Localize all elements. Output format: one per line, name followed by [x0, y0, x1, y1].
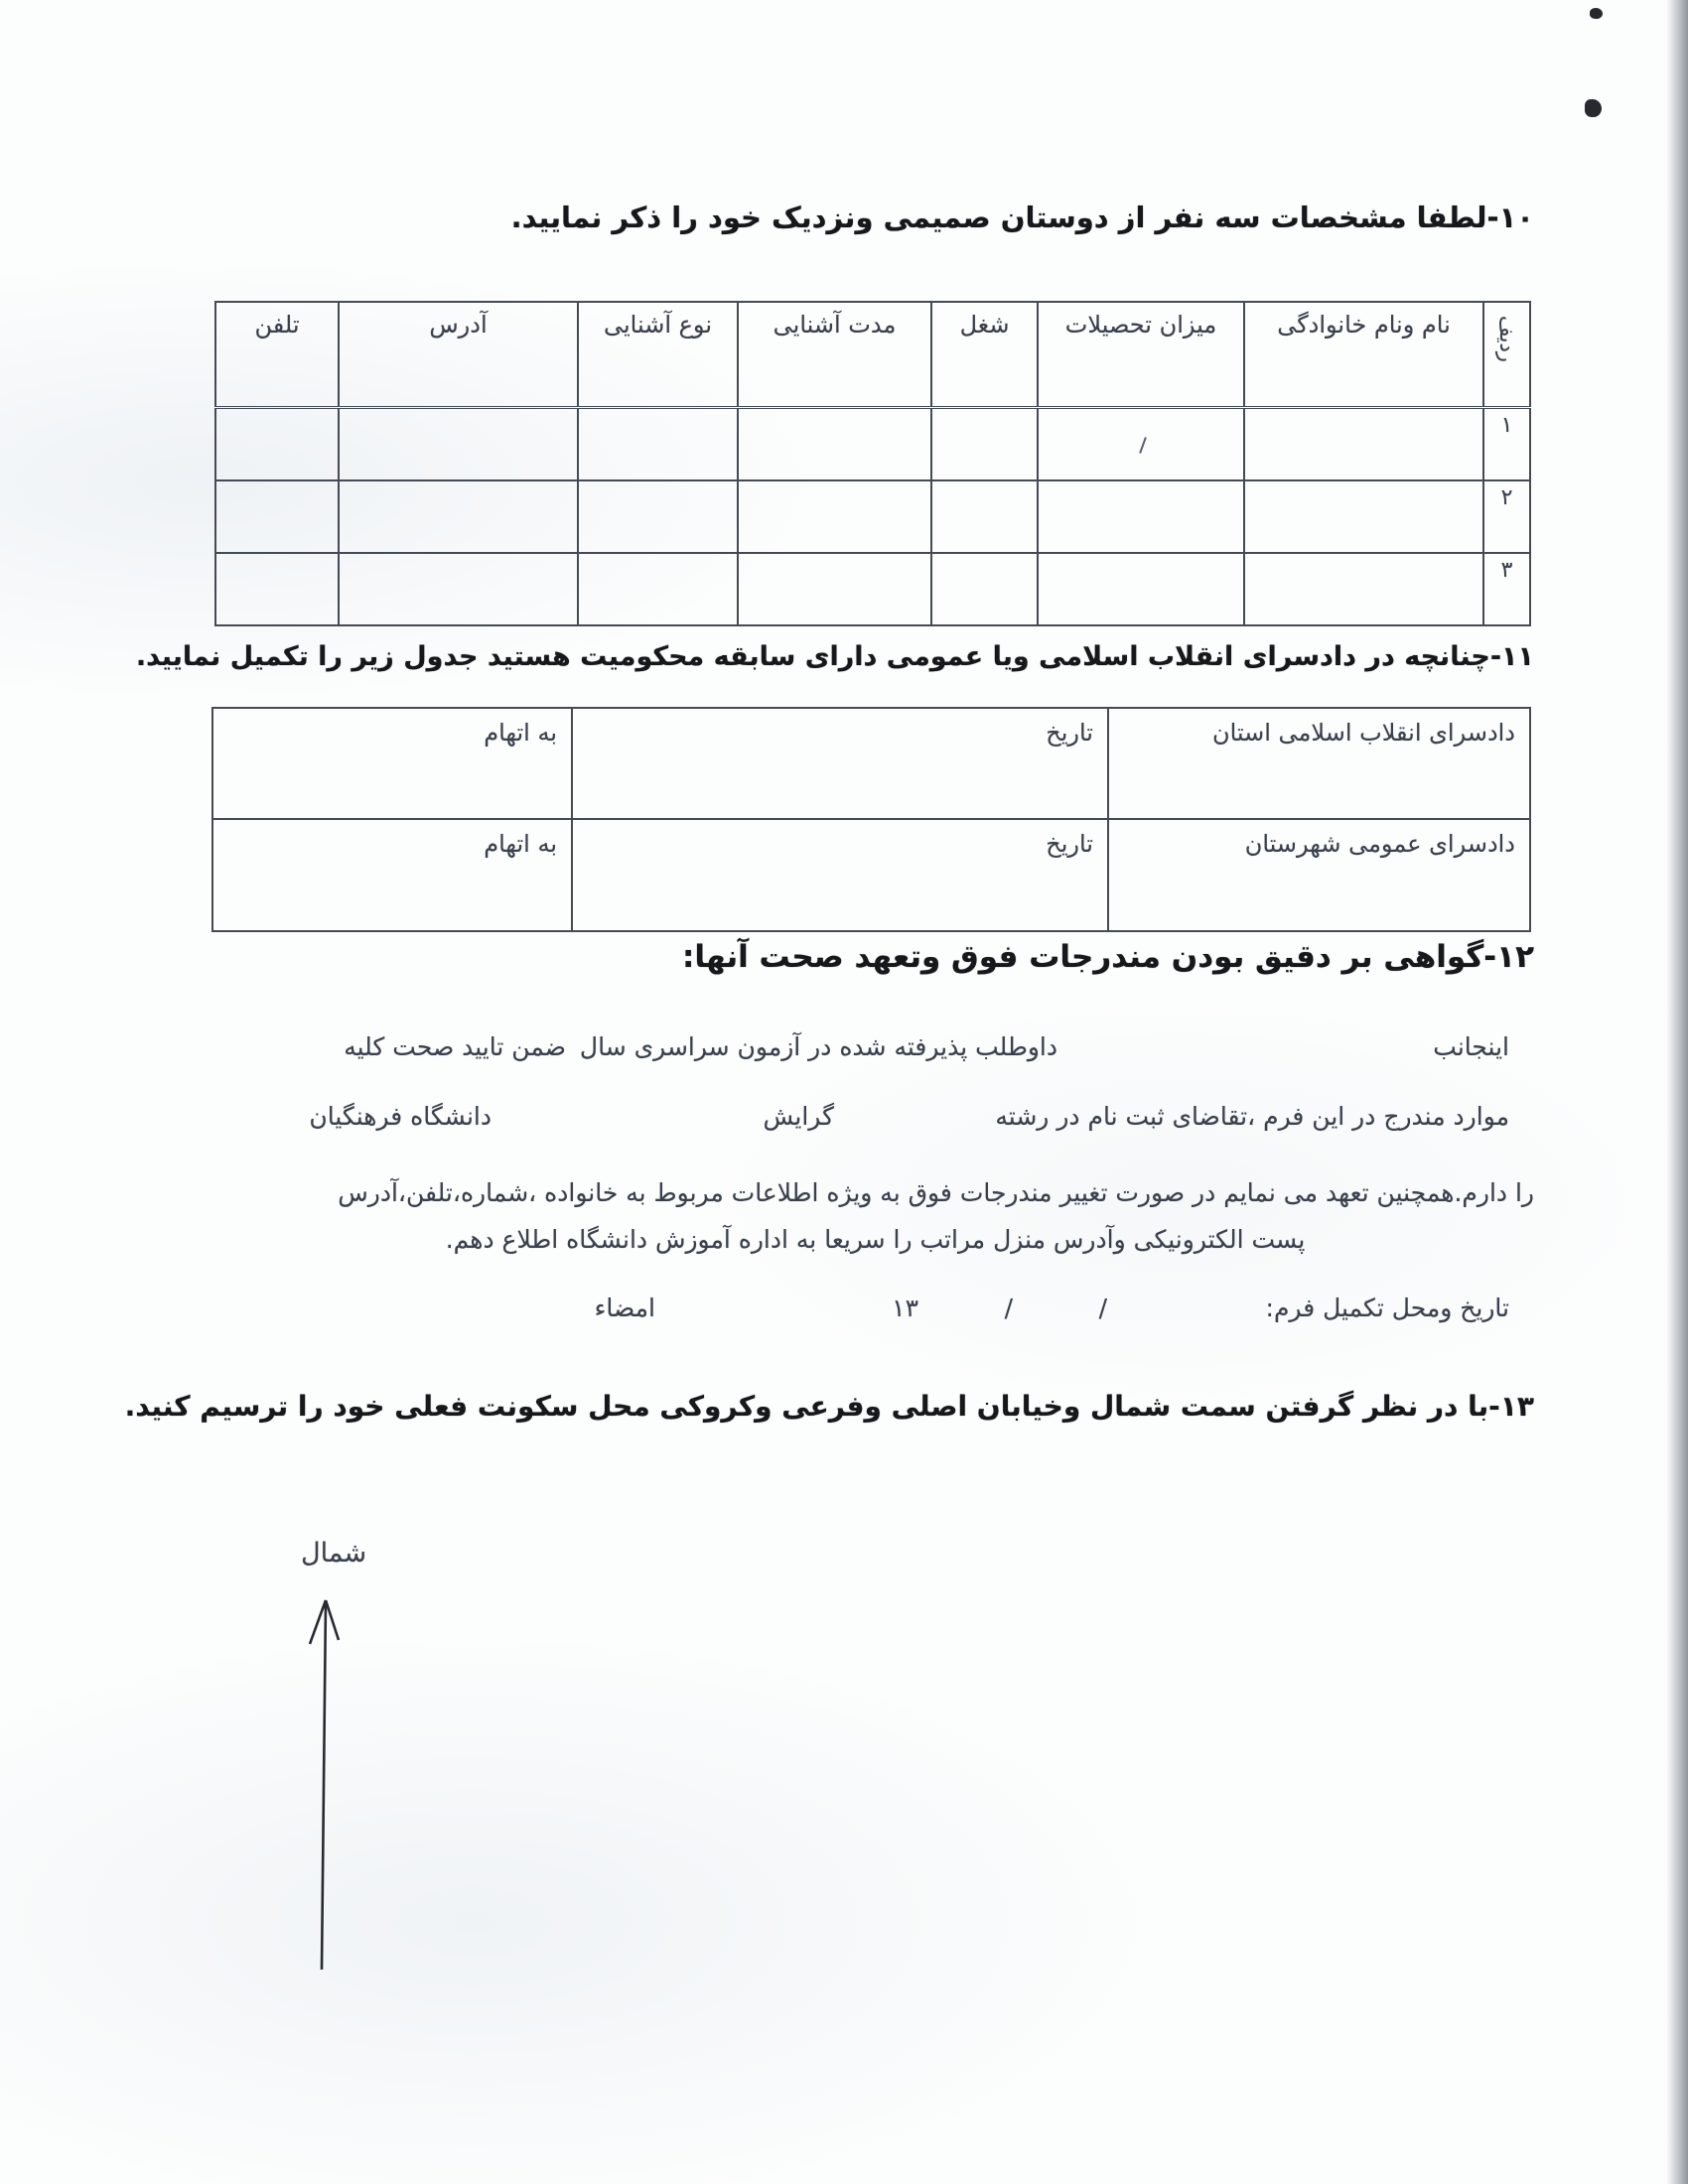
court-record-table: دادسرای انقلاب اسلامی استان تاریخ به اته…: [211, 707, 1531, 932]
col-header-full-name: نام ونام خانوادگی: [1244, 302, 1483, 408]
blank-cell: [931, 480, 1038, 553]
signature-label: امضاء: [595, 1294, 655, 1322]
friends-table-row-1: ۱: [215, 408, 1530, 481]
section11-title: ۱۱-چنانچه در دادسرای انقلاب اسلامی ویا ع…: [119, 637, 1534, 677]
row-number-cell: ۳: [1483, 553, 1530, 625]
commitment-paragraph-line-2: پست الکترونیکی وآدرس منزل مراتب را سریعا…: [216, 1216, 1534, 1263]
blank-cell: [215, 408, 339, 481]
date-and-signature-line: تاریخ ومحل تکمیل فرم: / / ۱۳ امضاء: [216, 1294, 1534, 1335]
blank-cell: [1244, 408, 1483, 481]
scanner-edge-strip: [1666, 0, 1688, 2184]
north-label: شمال: [301, 1538, 366, 1569]
date-cell: تاریخ: [572, 708, 1108, 819]
charge-cell: به اتهام: [212, 819, 572, 931]
col-header-row-number: ردیف: [1483, 302, 1530, 408]
blank-cell: [1244, 553, 1483, 625]
blank-cell: [1038, 408, 1244, 481]
scan-speck: [1585, 99, 1602, 117]
blank-cell: [931, 553, 1038, 625]
section12-title: ۱۲-گواهی بر دقیق بودن مندرجات فوق وتعهد …: [119, 934, 1534, 980]
court-record-row-public: دادسرای عمومی شهرستان تاریخ به اتهام: [212, 819, 1530, 931]
blank-cell: [215, 553, 339, 625]
blank-cell: [738, 553, 931, 625]
date-slash: /: [1005, 1294, 1013, 1322]
form-date-place-label: تاریخ ومحل تکمیل فرم:: [1266, 1294, 1509, 1322]
registration-request-text: موارد مندرج در این فرم ،تقاضای ثبت نام د…: [995, 1102, 1509, 1131]
blank-cell: [578, 553, 738, 625]
col-header-job: شغل: [931, 302, 1038, 408]
date-cell: تاریخ: [572, 819, 1108, 931]
col-header-address: آدرس: [339, 302, 578, 408]
row-number-cell: ۲: [1483, 480, 1530, 553]
blank-cell: [931, 408, 1038, 481]
court-record-row-revolutionary: دادسرای انقلاب اسلامی استان تاریخ به اته…: [212, 708, 1530, 819]
declaration-line-1: اینجانب داوطلب پذیرفته شده در آزمون سراس…: [216, 1032, 1534, 1074]
date-slash: /: [1099, 1294, 1107, 1322]
scan-speck: [1590, 8, 1603, 19]
section10-title: ۱۰-لطفا مشخصات سه نفر از دوستان صمیمی ون…: [119, 197, 1534, 238]
blank-cell: [339, 408, 578, 481]
confirmation-text: ضمن تایید صحت کلیه: [344, 1032, 566, 1061]
commitment-paragraph-line-1: را دارم.همچنین تعهد می نمایم در صورت تغی…: [216, 1169, 1534, 1216]
col-header-education-level: میزان تحصیلات: [1038, 302, 1244, 408]
orientation-label: گرایش: [764, 1102, 834, 1131]
blank-cell: [578, 480, 738, 553]
year-prefix: ۱۳: [892, 1294, 918, 1322]
scanned-form-page: ۱۰-لطفا مشخصات سه نفر از دوستان صمیمی ون…: [0, 0, 1688, 2184]
blank-cell: [215, 480, 339, 553]
court-name-cell: دادسرای انقلاب اسلامی استان: [1108, 708, 1530, 819]
col-header-acquaintance-type: نوع آشنایی: [578, 302, 738, 408]
rotated-header-label: ردیف: [1495, 316, 1519, 362]
blank-cell: [578, 408, 738, 481]
col-header-phone: تلفن: [215, 302, 339, 408]
university-name-text: دانشگاه فرهنگیان: [309, 1102, 492, 1131]
friends-table-row-3: ۳: [215, 553, 1530, 625]
blank-cell: [738, 408, 931, 481]
blank-cell: [1038, 480, 1244, 553]
blank-cell: [339, 553, 578, 625]
friends-details-table: ردیف نام ونام خانوادگی میزان تحصیلات شغل…: [214, 301, 1531, 626]
friends-table-row-2: ۲: [215, 480, 1530, 553]
court-name-cell: دادسرای عمومی شهرستان: [1108, 819, 1530, 931]
blank-cell: [1038, 553, 1244, 625]
row-number-cell: ۱: [1483, 408, 1530, 481]
north-arrow-icon: [296, 1594, 359, 1981]
commitment-paragraph: را دارم.همچنین تعهد می نمایم در صورت تغی…: [216, 1169, 1534, 1263]
blank-cell: [1244, 480, 1483, 553]
applicant-label: اینجانب: [1433, 1032, 1509, 1061]
blank-cell: [339, 480, 578, 553]
charge-cell: به اتهام: [212, 708, 572, 819]
section13-title: ۱۳-با در نظر گرفتن سمت شمال وخیابان اصلی…: [119, 1386, 1534, 1428]
declaration-line-2: موارد مندرج در این فرم ،تقاضای ثبت نام د…: [216, 1102, 1534, 1144]
col-header-acquaintance-duration: مدت آشنایی: [738, 302, 931, 408]
friends-table-header-row: ردیف نام ونام خانوادگی میزان تحصیلات شغل…: [215, 302, 1530, 408]
admitted-candidate-text: داوطلب پذیرفته شده در آزمون سراسری سال: [580, 1032, 1057, 1061]
blank-cell: [738, 480, 931, 553]
